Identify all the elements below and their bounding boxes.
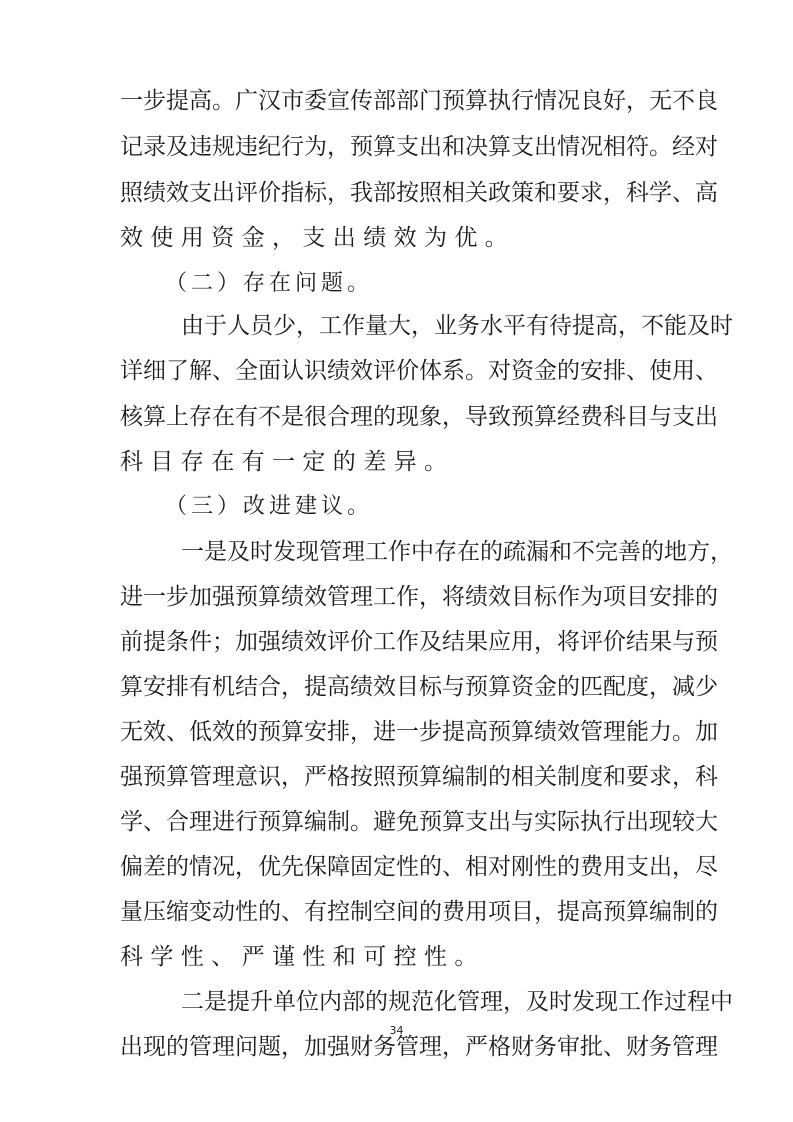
paragraph-line: 一是及时发现管理工作中存在的疏漏和不完善的地方， bbox=[181, 535, 676, 569]
paragraph-line: 进一步加强预算绩效管理工作，将绩效目标作为项目安排的 bbox=[120, 580, 676, 614]
paragraph-line: 无效、低效的预算安排，进一步提高预算绩效管理能力。加 bbox=[120, 715, 676, 749]
paragraph-line: 偏差的情况，优先保障固定性的、相对刚性的费用支出，尽 bbox=[120, 850, 676, 884]
paragraph-line: 学、合理进行预算编制。避免预算支出与实际执行出现较大 bbox=[120, 805, 676, 839]
paragraph-line: 照绩效支出评价指标，我部按照相关政策和要求，科学、高 bbox=[120, 176, 676, 210]
paragraph-line: 科学性、严谨性和可控性。 bbox=[120, 940, 676, 974]
paragraph-line: 效使用资金，支出绩效为优。 bbox=[120, 221, 676, 255]
paragraph-line: 量压缩变动性的、有控制空间的费用项目，提高预算编制的 bbox=[120, 895, 676, 929]
paragraph-line: 记录及违规违纪行为，预算支出和决算支出情况相符。经对 bbox=[120, 130, 676, 164]
paragraph-line: 二是提升单位内部的规范化管理，及时发现工作过程中 bbox=[181, 985, 676, 1019]
paragraph-line: 由于人员少，工作量大，业务水平有待提高，不能及时 bbox=[181, 309, 676, 343]
page-number: 34 bbox=[0, 1024, 793, 1037]
paragraph-line: 算安排有机结合，提高绩效目标与预算资金的匹配度，减少 bbox=[120, 670, 676, 704]
paragraph-line: 核算上存在有不是很合理的现象，导致预算经费科目与支出 bbox=[120, 400, 676, 434]
section-heading-suggestions: （三）改进建议。 bbox=[165, 490, 373, 524]
paragraph-line: 详细了解、全面认识绩效评价体系。对资金的安排、使用、 bbox=[120, 354, 676, 388]
document-page: 一步提高。广汉市委宣传部部门预算执行情况良好，无不良 记录及违规违纪行为，预算支… bbox=[0, 0, 793, 1122]
section-heading-problems: （二）存在问题。 bbox=[165, 267, 373, 301]
paragraph-line: 强预算管理意识，严格按照预算编制的相关制度和要求，科 bbox=[120, 760, 676, 794]
paragraph-line: 一步提高。广汉市委宣传部部门预算执行情况良好，无不良 bbox=[120, 84, 676, 118]
paragraph-line: 科目存在有一定的差异。 bbox=[120, 445, 676, 479]
paragraph-line: 前提条件；加强绩效评价工作及结果应用，将评价结果与预 bbox=[120, 625, 676, 659]
